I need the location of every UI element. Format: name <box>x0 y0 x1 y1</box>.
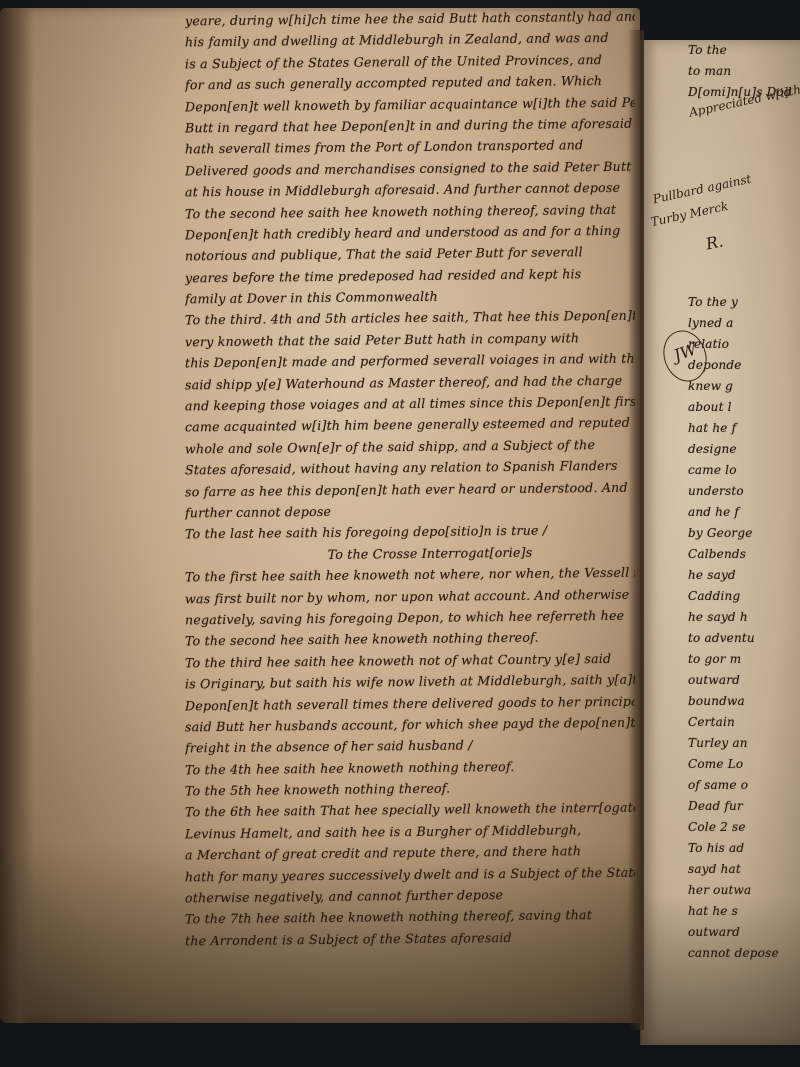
manuscript-line: Turley an <box>688 733 800 754</box>
manuscript-line: To the y <box>688 292 800 313</box>
manuscript-line: and he f <box>688 502 800 523</box>
manuscript-line: boundwa <box>688 691 800 712</box>
manuscript-line: understo <box>688 481 800 502</box>
manuscript-line: To the <box>688 40 800 61</box>
manuscript-line: Certain <box>688 712 800 733</box>
manuscript-line: designe <box>688 439 800 460</box>
manuscript-line: cannot depose <box>688 943 800 964</box>
manuscript-line: the Arrondent is a Subject of the States… <box>185 925 635 951</box>
margin-note-r: R. <box>704 232 725 253</box>
manuscript-line <box>688 145 800 166</box>
manuscript-line: to man <box>688 61 800 82</box>
manuscript-line: her outwa <box>688 880 800 901</box>
left-page-handwritten-text: yeare, during w[hi]ch time hee the said … <box>185 8 635 949</box>
manuscript-line <box>688 271 800 292</box>
manuscript-line: hat he s <box>688 901 800 922</box>
manuscript-line <box>688 250 800 271</box>
manuscript-line: of same o <box>688 775 800 796</box>
monogram-text: JW <box>671 339 699 365</box>
manuscript-line: he sayd <box>688 565 800 586</box>
manuscript-line: lyned a <box>688 313 800 334</box>
manuscript-line: To his ad <box>688 838 800 859</box>
manuscript-line: Cadding <box>688 586 800 607</box>
manuscript-line: Come Lo <box>688 754 800 775</box>
manuscript-line: to gor m <box>688 649 800 670</box>
manuscript-line: outward <box>688 922 800 943</box>
manuscript-line: Cole 2 se <box>688 817 800 838</box>
manuscript-line: sayd hat <box>688 859 800 880</box>
manuscript-line: knew g <box>688 376 800 397</box>
manuscript-line: outward <box>688 670 800 691</box>
manuscript-line: Calbends <box>688 544 800 565</box>
manuscript-line: came lo <box>688 460 800 481</box>
manuscript-line <box>688 124 800 145</box>
manuscript-line: by George <box>688 523 800 544</box>
manuscript-line: he sayd h <box>688 607 800 628</box>
manuscript-line: about l <box>688 397 800 418</box>
manuscript-line: hat he f <box>688 418 800 439</box>
manuscript-line: to adventu <box>688 628 800 649</box>
manuscript-line: Dead fur <box>688 796 800 817</box>
